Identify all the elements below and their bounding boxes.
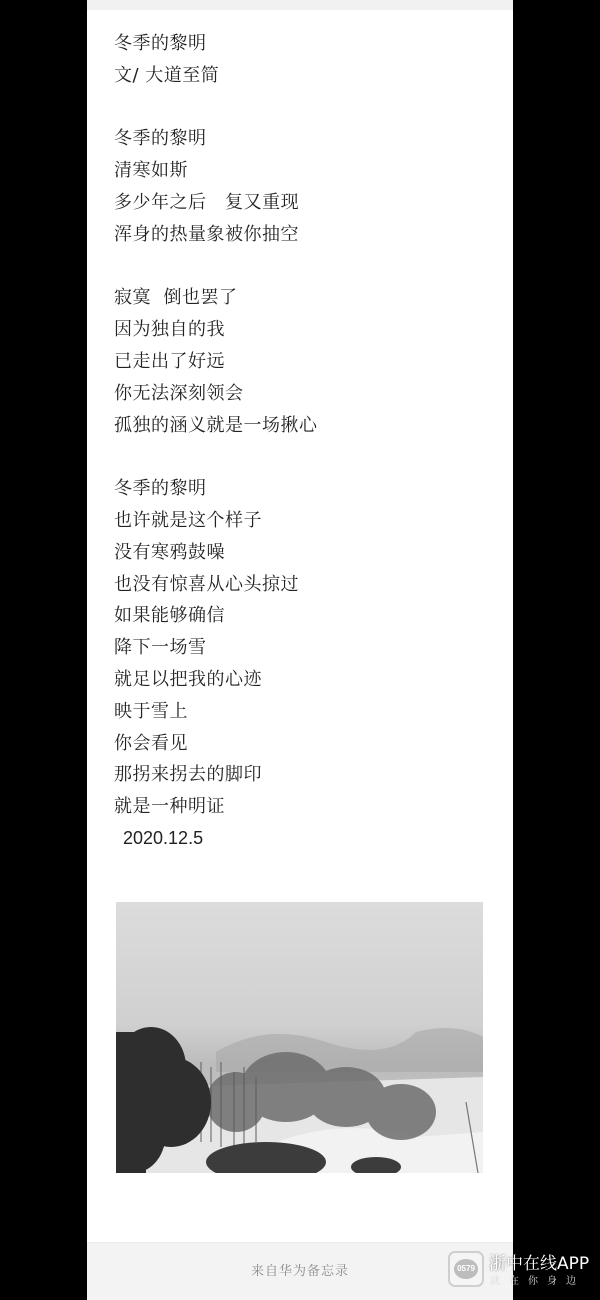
watermark-title: 浙中在线APP	[489, 1249, 589, 1274]
poem-line: 冬季的黎明	[114, 123, 494, 155]
poem-author: 文/ 大道至简	[114, 60, 494, 92]
watermark-subtitle: 就在你身边	[490, 1272, 585, 1287]
poem-line: 没有寒鸦鼓噪	[114, 537, 494, 569]
snow-landscape-photo[interactable]	[116, 902, 483, 1173]
poem-line: 因为独自的我	[114, 314, 494, 346]
poem-line: 浑身的热量象被你抽空	[114, 219, 494, 251]
poem-line: 你会看见	[114, 728, 494, 760]
poem-line: 孤独的涵义就是一场揪心	[114, 410, 494, 442]
memo-card: 冬季的黎明 文/ 大道至简 冬季的黎明 清寒如斯 多少年之后 复又重现 浑身的热…	[87, 0, 513, 1300]
poem-blank-line	[114, 92, 494, 124]
poem-line: 多少年之后 复又重现	[114, 187, 494, 219]
poem-blank-line	[114, 251, 494, 283]
poem-line: 寂寞 倒也罢了	[114, 282, 494, 314]
app-watermark: 0579 浙中在线APP 就在你身边	[448, 1249, 600, 1291]
poem-blank-line	[114, 441, 494, 473]
top-band	[87, 0, 513, 10]
poem-date: 2020.12.5	[114, 823, 494, 855]
poem-line: 如果能够确信	[114, 600, 494, 632]
poem-line: 冬季的黎明	[114, 473, 494, 505]
poem-title: 冬季的黎明	[114, 28, 494, 60]
poem-line: 就足以把我的心迹	[114, 664, 494, 696]
logo-text: 0579	[454, 1259, 478, 1279]
app-logo-icon: 0579	[448, 1251, 484, 1287]
poem-line: 就是一种明证	[114, 791, 494, 823]
landscape-image	[116, 902, 483, 1173]
poem-line: 那拐来拐去的脚印	[114, 759, 494, 791]
poem-line: 已走出了好远	[114, 346, 494, 378]
poem-line: 也许就是这个样子	[114, 505, 494, 537]
poem-line: 也没有惊喜从心头掠过	[114, 569, 494, 601]
poem-text: 冬季的黎明 文/ 大道至简 冬季的黎明 清寒如斯 多少年之后 复又重现 浑身的热…	[114, 28, 494, 855]
poem-line: 映于雪上	[114, 696, 494, 728]
poem-line: 你无法深刻领会	[114, 378, 494, 410]
poem-line: 降下一场雪	[114, 632, 494, 664]
poem-line: 清寒如斯	[114, 155, 494, 187]
